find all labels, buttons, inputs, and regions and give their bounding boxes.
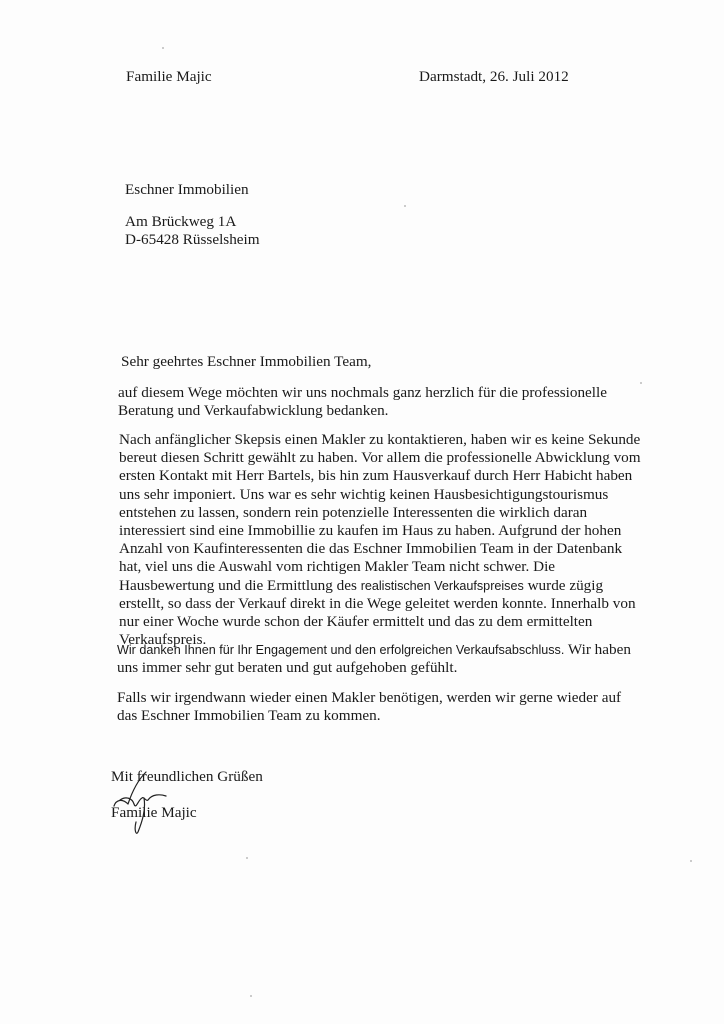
paragraph-engagement: Wir danken Ihnen für Ihr Engagement und … <box>117 641 587 677</box>
letter-page: Familie Majic Darmstadt, 26. Juli 2012 E… <box>0 0 724 1024</box>
text-line: uns immer sehr gut beraten und gut aufge… <box>117 659 587 677</box>
text-line: auf diesem Wege möchten wir uns nochmals… <box>118 384 588 402</box>
scan-speck <box>162 47 164 49</box>
text-line-mixed: Wir danken Ihnen für Ihr Engagement und … <box>117 641 587 659</box>
text-line: entstehen zu lassen, sondern rein potenz… <box>119 504 589 522</box>
salutation: Sehr geehrtes Eschner Immobilien Team, <box>121 353 371 371</box>
text-line: nur einer Woche wurde schon der Käufer e… <box>119 613 589 631</box>
text-segment: Wir haben <box>564 641 631 658</box>
text-line: erstellt, so dass der Verkauf direkt in … <box>119 595 589 613</box>
paragraph-thanks: auf diesem Wege möchten wir uns nochmals… <box>118 384 588 420</box>
text-line: Nach anfänglicher Skepsis einen Makler z… <box>119 431 589 449</box>
text-line: hat, viel uns die Auswahl vom richtigen … <box>119 558 589 576</box>
text-line: Anzahl von Kaufinteressenten die das Esc… <box>119 540 589 558</box>
text-line: ersten Kontakt mit Herr Bartels, bis hin… <box>119 467 589 485</box>
text-line-mixed: Hausbewertung und die Ermittlung des rea… <box>119 577 589 595</box>
text-line: Beratung und Verkaufabwicklung bedanken. <box>118 402 588 420</box>
recipient-name: Eschner Immobilien <box>125 181 249 199</box>
paragraph-experience: Nach anfänglicher Skepsis einen Makler z… <box>119 431 589 649</box>
text-segment-sans: Wir danken Ihnen für Ihr Engagement und … <box>117 643 564 657</box>
text-line: Falls wir irgendwann wieder einen Makler… <box>117 689 587 707</box>
scan-speck <box>640 382 642 384</box>
text-line: bereut diesen Schritt gewählt zu haben. … <box>119 449 589 467</box>
recipient-street: Am Brückweg 1A <box>125 213 236 231</box>
scan-speck <box>250 995 252 997</box>
text-line: interessiert sind eine Immobillie zu kau… <box>119 522 589 540</box>
scan-speck <box>404 205 406 207</box>
text-line: das Eschner Immobilien Team zu kommen. <box>117 707 587 725</box>
handwritten-signature <box>108 770 168 840</box>
place-date: Darmstadt, 26. Juli 2012 <box>419 68 569 86</box>
text-segment-sans: realistischen Verkaufspreises <box>361 579 524 593</box>
scan-speck <box>246 857 248 859</box>
text-line: uns sehr imponiert. Uns war es sehr wich… <box>119 486 589 504</box>
text-segment: wurde zügig <box>524 577 603 594</box>
recipient-city: D-65428 Rüsselsheim <box>125 231 260 249</box>
scan-speck <box>690 860 692 862</box>
sender-name: Familie Majic <box>126 68 212 86</box>
paragraph-future: Falls wir irgendwann wieder einen Makler… <box>117 689 587 725</box>
text-segment: Hausbewertung und die Ermittlung des <box>119 577 361 594</box>
